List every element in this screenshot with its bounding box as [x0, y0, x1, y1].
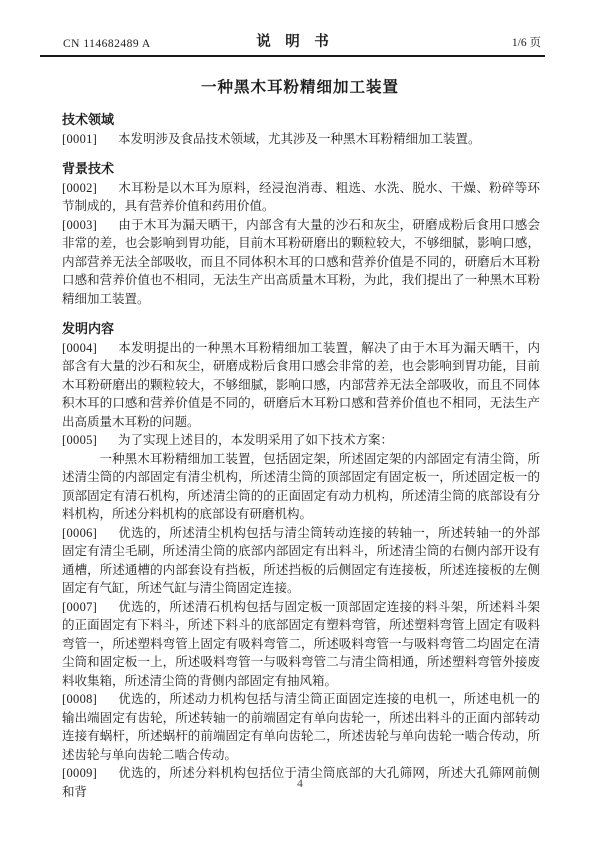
paragraph-text: 本发明提出的一种黑木耳粉精细加工装置，解决了由于木耳为漏天晒干，内部含有大量的沙…	[62, 341, 540, 429]
paragraph-tag: [0008]	[62, 690, 118, 709]
paragraph-0005: [0005]为了实现上述目的，本发明采用了如下技术方案：	[62, 431, 540, 450]
paragraph-tag: [0007]	[62, 598, 118, 617]
paragraph-text: 木耳粉是以木耳为原料，经浸泡消毒、粗选、水洗、脱水、干燥、粉碎等环节制成的，具有…	[62, 181, 540, 214]
paragraph-tag: [0003]	[62, 216, 118, 235]
paragraph-tag: [0004]	[62, 339, 118, 358]
paragraph-text: 本发明涉及食品技术领域，尤其涉及一种黑木耳粉精细加工装置。	[118, 132, 481, 146]
page-header: CN 114682489 A 说 明 书 1/6 页	[40, 0, 545, 57]
paragraph-0006: [0006]优选的，所述清尘机构包括与清尘筒转动连接的转轴一，所述转轴一的外部固…	[62, 524, 540, 598]
paragraph-tag: [0005]	[62, 431, 118, 450]
page-number: 4	[297, 778, 303, 790]
invention-title: 一种黑木耳粉精细加工装置	[0, 77, 600, 99]
paragraph-text: 由于木耳为漏天晒干，内部含有大量的沙石和灰尘，研磨成粉后食用口感会非常的差，也会…	[62, 218, 540, 306]
document-body: 技术领域 [0001]本发明涉及食品技术领域，尤其涉及一种黑木耳粉精细加工装置。…	[62, 111, 540, 801]
paragraph-tag: [0006]	[62, 524, 118, 543]
section-technical-field: 技术领域 [0001]本发明涉及食品技术领域，尤其涉及一种黑木耳粉精细加工装置。	[62, 111, 540, 148]
paragraph-text: 为了实现上述目的，本发明采用了如下技术方案：	[118, 433, 393, 447]
document-number: CN 114682489 A	[63, 38, 151, 50]
section-heading: 背景技术	[62, 160, 540, 179]
document-type-title: 说 明 书	[256, 30, 329, 51]
paragraph-0005-continuation: 一种黑木耳粉精细加工装置，包括固定架，所述固定架的内部固定有清尘筒，所述清尘筒的…	[62, 450, 540, 524]
section-heading: 发明内容	[62, 320, 540, 339]
page-footer: 4	[0, 778, 600, 790]
paragraph-tag: [0001]	[62, 130, 118, 149]
page-indicator: 1/6 页	[512, 34, 541, 50]
paragraph-text: 优选的，所述动力机构包括与清尘筒正面固定连接的电机一，所述电机一的输出端固定有齿…	[62, 692, 540, 762]
paragraph-0008: [0008]优选的，所述动力机构包括与清尘筒正面固定连接的电机一，所述电机一的输…	[62, 690, 540, 764]
paragraph-0003: [0003]由于木耳为漏天晒干，内部含有大量的沙石和灰尘，研磨成粉后食用口感会非…	[62, 216, 540, 309]
paragraph-tag: [0002]	[62, 179, 118, 198]
paragraph-text: 优选的，所述清石机构包括与固定板一顶部固定连接的料斗架，所述料斗架的正面固定有下…	[62, 600, 540, 688]
section-background-art: 背景技术 [0002]木耳粉是以木耳为原料，经浸泡消毒、粗选、水洗、脱水、干燥、…	[62, 160, 540, 308]
paragraph-0007: [0007]优选的，所述清石机构包括与固定板一顶部固定连接的料斗架，所述料斗架的…	[62, 598, 540, 691]
paragraph-0002: [0002]木耳粉是以木耳为原料，经浸泡消毒、粗选、水洗、脱水、干燥、粉碎等环节…	[62, 179, 540, 216]
patent-specification-page: CN 114682489 A 说 明 书 1/6 页 一种黑木耳粉精细加工装置 …	[0, 0, 600, 849]
paragraph-text: 优选的，所述清尘机构包括与清尘筒转动连接的转轴一，所述转轴一的外部固定有清尘毛刷…	[62, 526, 540, 596]
paragraph-0001: [0001]本发明涉及食品技术领域，尤其涉及一种黑木耳粉精细加工装置。	[62, 130, 540, 149]
paragraph-0004: [0004]本发明提出的一种黑木耳粉精细加工装置，解决了由于木耳为漏天晒干，内部…	[62, 339, 540, 432]
paragraph-text: 一种黑木耳粉精细加工装置，包括固定架，所述固定架的内部固定有清尘筒，所述清尘筒的…	[62, 452, 540, 522]
section-heading: 技术领域	[62, 111, 540, 130]
section-summary-of-invention: 发明内容 [0004]本发明提出的一种黑木耳粉精细加工装置，解决了由于木耳为漏天…	[62, 320, 540, 801]
